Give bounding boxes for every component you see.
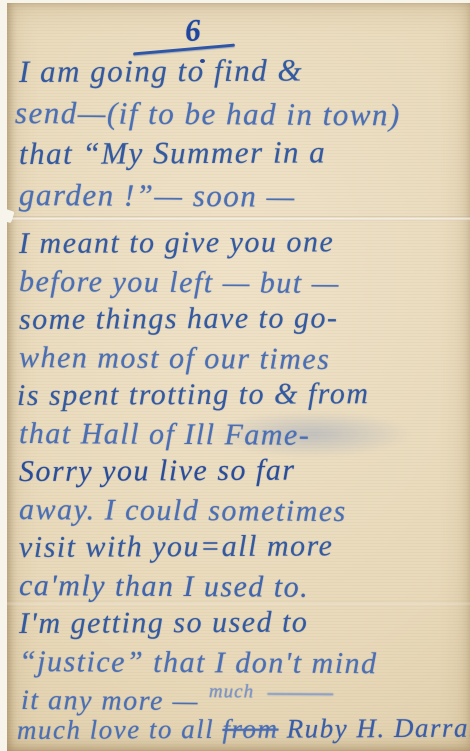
page-number: 6 — [184, 9, 246, 49]
postscript-text: it any more — — [21, 685, 199, 717]
handwritten-line: away. I could sometimes — [19, 491, 470, 532]
handwritten-line: that “My Summer in a — [19, 131, 470, 174]
handwritten-line: Sorry you live so far — [19, 451, 470, 491]
handwritten-line: “justice” that I don't mind — [19, 643, 470, 684]
trailing-dash: — — [268, 677, 337, 709]
handwritten-line: before you left — but — — [19, 263, 470, 304]
handwritten-line: that Hall of Ill Fame- — [19, 415, 470, 456]
inserted-word: much — [209, 681, 254, 702]
letter-page: 6 I am going to find & send—(if to be ha… — [7, 3, 470, 751]
signature: Ruby H. Darrah — [278, 713, 470, 744]
handwritten-line: garden !”— soon — — [19, 174, 470, 218]
handwritten-line: ca'mly than I used to. — [19, 567, 470, 608]
handwritten-line: I am going to find & — [19, 49, 470, 92]
handwritten-line: I meant to give you one — [19, 223, 470, 263]
handwritten-line: some things have to go- — [19, 299, 470, 339]
handwritten-line: I'm getting so used to — [19, 603, 470, 643]
handwritten-line: visit with you=all more — [19, 527, 470, 567]
paragraph-below-fold: I meant to give you one before you left … — [19, 225, 470, 681]
closing-text: much love to all — [17, 714, 223, 745]
paragraph-above-fold: I am going to find & send—(if to be had … — [19, 51, 470, 215]
paper-edge-notch — [7, 209, 15, 224]
closing-line: much love to all from Ruby H. Darrah — [17, 713, 470, 746]
handwritten-line: is spent trotting to & from — [17, 375, 470, 415]
struck-word: from — [222, 714, 278, 744]
handwritten-line: send—(if to be had in town) — [15, 92, 470, 136]
handwritten-line: when most of our times — [19, 339, 470, 380]
